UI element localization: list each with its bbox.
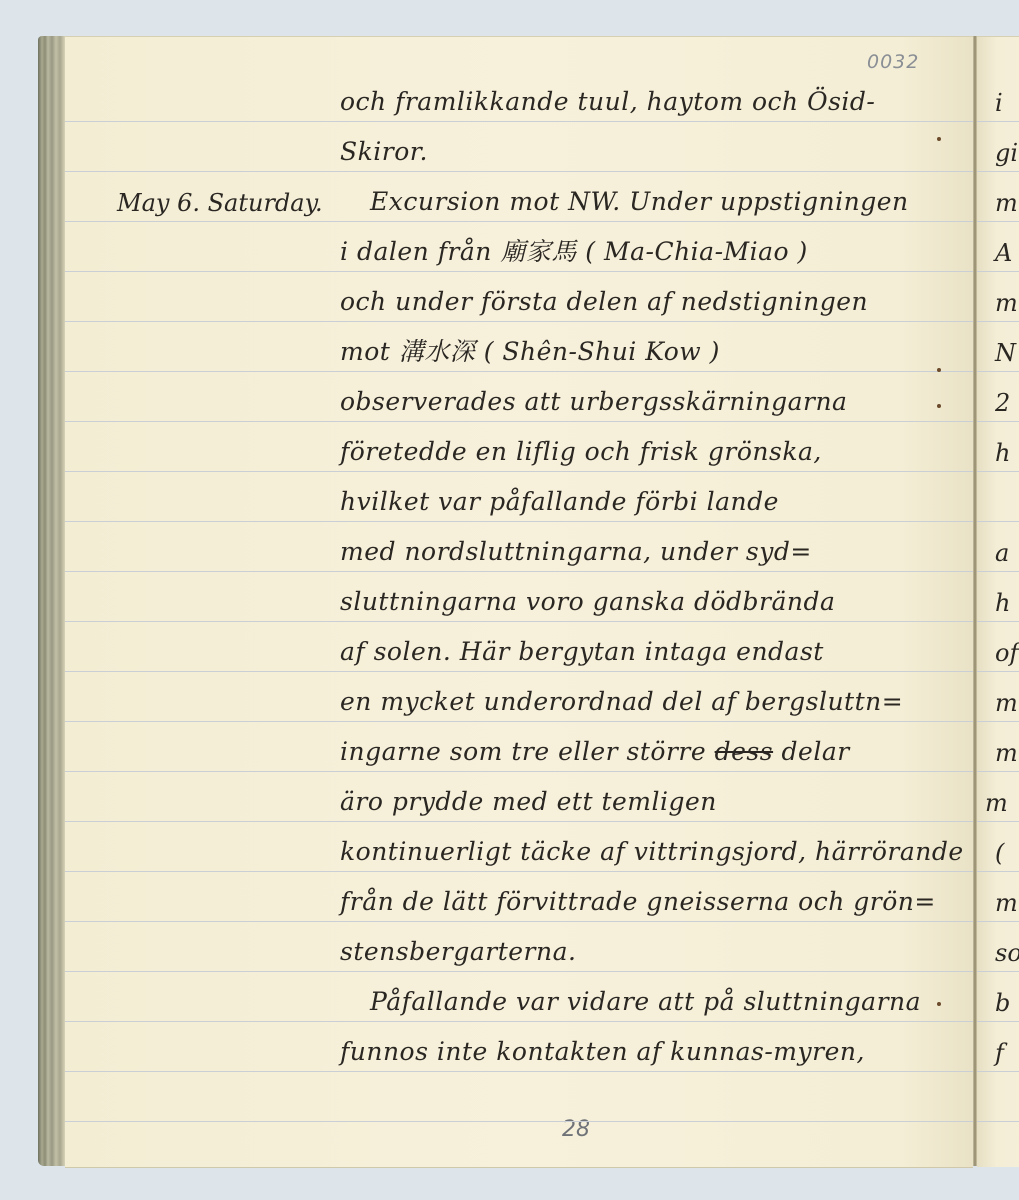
ruled-line — [977, 721, 1019, 722]
page-edges — [38, 36, 65, 1166]
handwritten-line: Skiror. — [340, 139, 428, 164]
ruled-line — [65, 121, 973, 122]
ruled-line — [977, 521, 1019, 522]
facing-page-fragment: m — [995, 889, 1018, 917]
left-page: 0032 May 6. Saturday. 28 och framlikkand… — [65, 36, 973, 1168]
facing-page-fragment: m — [995, 289, 1018, 317]
ruled-line — [977, 971, 1019, 972]
ruled-line — [65, 721, 973, 722]
date-margin-note: May 6. Saturday. — [117, 189, 323, 217]
ruled-line — [65, 1021, 973, 1022]
ruled-line — [977, 371, 1019, 372]
handwritten-line: med nordsluttningarna, under syd= — [340, 539, 812, 564]
handwritten-line: och framlikkande tuul, haytom och Ösid- — [340, 89, 875, 114]
handwritten-line: och under första delen af nedstigningen — [340, 289, 868, 314]
notebook-spread: 0032 May 6. Saturday. 28 och framlikkand… — [38, 36, 1019, 1166]
ruled-line — [977, 921, 1019, 922]
ruled-line — [977, 821, 1019, 822]
facing-page-fragment: N — [995, 339, 1016, 367]
handwritten-line: observerades att urbergsskärningarna — [340, 389, 847, 414]
ruled-line — [977, 871, 1019, 872]
facing-page-fragment: 2 — [995, 389, 1010, 417]
facing-page-fragment: b — [995, 989, 1010, 1017]
facing-page-fragment: f — [995, 1039, 1004, 1067]
ruled-line — [977, 171, 1019, 172]
facing-page: igimAmN2hahofmmm(msobf — [977, 36, 1019, 1167]
ruled-line — [65, 271, 973, 272]
handwritten-line: ingarne som tre eller större dess delar — [340, 739, 850, 764]
facing-page-fragment: m — [995, 689, 1018, 717]
ruled-line — [65, 971, 973, 972]
ruled-line — [65, 321, 973, 322]
ruled-line — [65, 921, 973, 922]
facing-page-fragment: h — [995, 439, 1010, 467]
handwritten-line: äro prydde med ett temligen — [340, 789, 717, 814]
ruled-line — [977, 671, 1019, 672]
handwritten-line: i dalen från 廟家馬 ( Ma-Chia-Miao ) — [340, 239, 808, 264]
ruled-line — [977, 121, 1019, 122]
handwritten-line: Excursion mot NW. Under uppstigningen — [370, 189, 909, 214]
handwritten-line: kontinuerligt täcke af vittringsjord, hä… — [340, 839, 964, 864]
ruled-line — [65, 171, 973, 172]
folio-stamp: 0032 — [867, 51, 919, 73]
handwritten-line: funnos inte kontakten af kunnas-myren, — [340, 1039, 865, 1064]
ruled-line — [977, 1071, 1019, 1072]
ruled-line — [977, 1021, 1019, 1022]
handwritten-line: från de lätt förvittrade gneisserna och … — [340, 889, 936, 914]
ruled-line — [65, 371, 973, 372]
ruled-line — [977, 571, 1019, 572]
facing-page-fragment: a — [995, 539, 1009, 567]
ink-speck — [937, 137, 941, 141]
struck-word: dess — [715, 737, 773, 766]
handwritten-line: företedde en liflig och frisk grönska, — [340, 439, 822, 464]
handwritten-line: en mycket underordnad del af bergsluttn= — [340, 689, 903, 714]
ruled-line — [65, 771, 973, 772]
ruled-line — [65, 1121, 973, 1122]
handwritten-line: hvilket var påfallande förbi lande — [340, 489, 779, 514]
handwritten-line: stensbergarterna. — [340, 939, 576, 964]
ruled-line — [65, 521, 973, 522]
facing-page-fragment: m — [985, 789, 1008, 817]
handwritten-line: af solen. Här bergytan intaga endast — [340, 639, 824, 664]
ruled-line — [977, 321, 1019, 322]
ruled-line — [65, 671, 973, 672]
facing-page-fragment: of — [995, 639, 1018, 667]
ink-speck — [937, 1002, 941, 1006]
ruled-line — [977, 471, 1019, 472]
facing-page-fragment: m — [995, 189, 1018, 217]
facing-page-fragment: m — [995, 739, 1018, 767]
ruled-line — [977, 221, 1019, 222]
facing-page-fragment: so — [995, 939, 1019, 967]
handwritten-line: mot 溝水深 ( Shên-Shui Kow ) — [340, 339, 720, 364]
facing-page-fragment: A — [995, 239, 1012, 267]
facing-page-fragment: gi — [995, 139, 1018, 167]
facing-page-fragment: h — [995, 589, 1010, 617]
ruled-line — [65, 821, 973, 822]
handwritten-line: sluttningarna voro ganska dödbrända — [340, 589, 835, 614]
ruled-line — [977, 421, 1019, 422]
ruled-line — [977, 271, 1019, 272]
handwritten-line: Påfallande var vidare att på sluttningar… — [370, 989, 921, 1014]
ink-speck — [937, 368, 941, 372]
facing-page-fragment: i — [995, 89, 1003, 117]
ruled-line — [65, 421, 973, 422]
ruled-line — [65, 871, 973, 872]
ruled-line — [65, 621, 973, 622]
ruled-line — [65, 471, 973, 472]
facing-page-fragment: ( — [995, 839, 1004, 867]
ruled-line — [977, 1121, 1019, 1122]
ink-speck — [937, 404, 941, 408]
ruled-line — [977, 621, 1019, 622]
ruled-line — [977, 771, 1019, 772]
ruled-line — [65, 571, 973, 572]
ruled-line — [65, 221, 973, 222]
ruled-line — [65, 1071, 973, 1072]
